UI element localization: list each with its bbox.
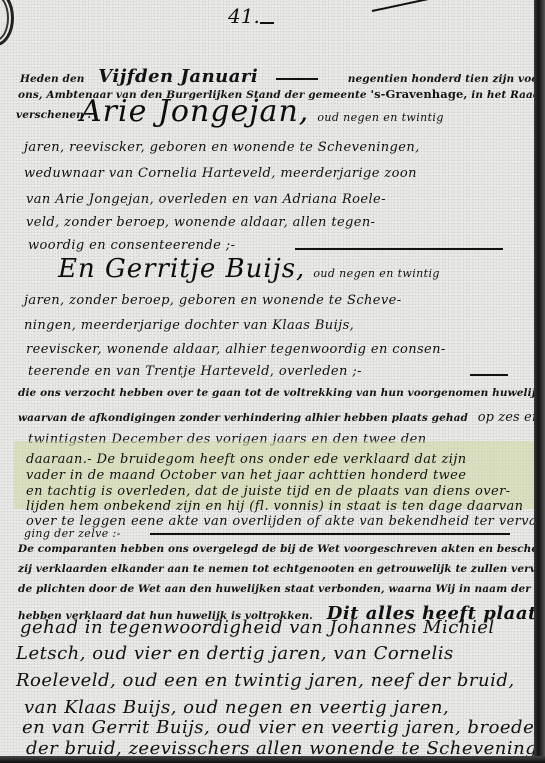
highlighted-line-3: en tachtig is overleden, dat de juiste t… bbox=[26, 484, 511, 499]
request-hand-line-9: ging der zelve :- bbox=[24, 527, 121, 540]
highlighted-line-4: lijden hem onbekend zijn en hij (fl. von… bbox=[26, 499, 523, 514]
witness-line-3: Roeleveld, oud een en twintig jaren, nee… bbox=[16, 670, 515, 691]
header-line-1: Heden den Vijfden Januari negentien hond… bbox=[20, 66, 534, 87]
witness-line-6: der bruid, zeevisschers allen wonende te… bbox=[26, 738, 534, 756]
handwritten-date: Vijfden Januari bbox=[98, 66, 258, 87]
pen-stroke bbox=[372, 0, 462, 12]
date-dash bbox=[276, 78, 318, 80]
groom-name: Arie Jongejan, bbox=[80, 94, 309, 129]
request-hand-date-start: op zes en bbox=[478, 410, 534, 425]
groom-line-5: woordig en consenteerende ;- bbox=[28, 238, 235, 253]
bride-line-2: ningen, meerderjarige dochter van Klaas … bbox=[24, 318, 354, 333]
request-printed-line-1: die ons verzocht hebben over te gaan tot… bbox=[18, 387, 534, 399]
groom-line-4: veld, zonder beroep, wonende aldaar, all… bbox=[26, 215, 375, 230]
printed-year-text: negentien honderd tien zijn voor bbox=[348, 73, 534, 85]
witness-line-4: van Klaas Buijs, oud negen en veertig ja… bbox=[24, 697, 449, 718]
request-end-rule bbox=[150, 533, 510, 535]
bride-line-4: teerende en van Trentje Harteveld, overl… bbox=[28, 364, 362, 379]
groom-age: oud negen en twintig bbox=[317, 111, 443, 124]
request-printed-line-2: waarvan de afkondigingen zonder verhinde… bbox=[18, 410, 534, 425]
marriage-record-page: 41. Heden den Vijfden Januari negentien … bbox=[0, 0, 534, 756]
bride-age: oud negen en twintig bbox=[313, 267, 439, 280]
groom-end-rule bbox=[295, 248, 503, 250]
declaration-line-3: de plichten door de Wet aan den huwelijk… bbox=[18, 583, 534, 595]
declaration-line-1: De comparanten hebben ons overgelegd de … bbox=[18, 543, 534, 555]
printed-raadhuis: in het Raadhuis bbox=[471, 89, 534, 101]
highlighted-line-1: daaraan.- De bruidegom heeft ons onder e… bbox=[26, 452, 467, 467]
seal-stamp-icon bbox=[0, 0, 14, 46]
groom-line-2: weduwnaar van Cornelia Harteveld, meerde… bbox=[24, 166, 417, 181]
bride-line-3: reeviscker, wonende aldaar, alhier tegen… bbox=[26, 342, 446, 357]
bride-name: En Gerritje Buijs, bbox=[58, 254, 305, 284]
witness-line-2: Letsch, oud vier en dertig jaren, van Co… bbox=[16, 643, 454, 664]
groom-name-line: Arie Jongejan, oud negen en twintig bbox=[80, 94, 444, 129]
request-printed-afkondigingen: waarvan de afkondigingen zonder verhinde… bbox=[18, 412, 468, 424]
scan-border-bottom bbox=[0, 756, 545, 763]
bride-line-1: jaren, zonder beroep, geboren en wonende… bbox=[24, 293, 402, 308]
bride-name-line: En Gerritje Buijs, oud negen en twintig bbox=[58, 254, 440, 284]
scan-border-right bbox=[534, 0, 545, 763]
printed-heden-den: Heden den bbox=[20, 73, 84, 85]
act-number: 41. bbox=[228, 4, 260, 28]
highlighted-line-2: vader in de maand October van het jaar a… bbox=[26, 468, 466, 483]
groom-line-1: jaren, reeviscker, geboren en wonende te… bbox=[24, 140, 420, 155]
declaration-line-2: zij verklaarden elkander aan te nemen to… bbox=[18, 563, 534, 575]
witness-line-1: gehad in tegenwoordigheid van Johannes M… bbox=[20, 617, 495, 638]
bride-end-rule bbox=[470, 374, 508, 376]
witness-line-5: en van Gerrit Buijs, oud vier en veertig… bbox=[22, 717, 534, 738]
groom-line-3: van Arie Jongejan, overleden en van Adri… bbox=[26, 192, 386, 207]
